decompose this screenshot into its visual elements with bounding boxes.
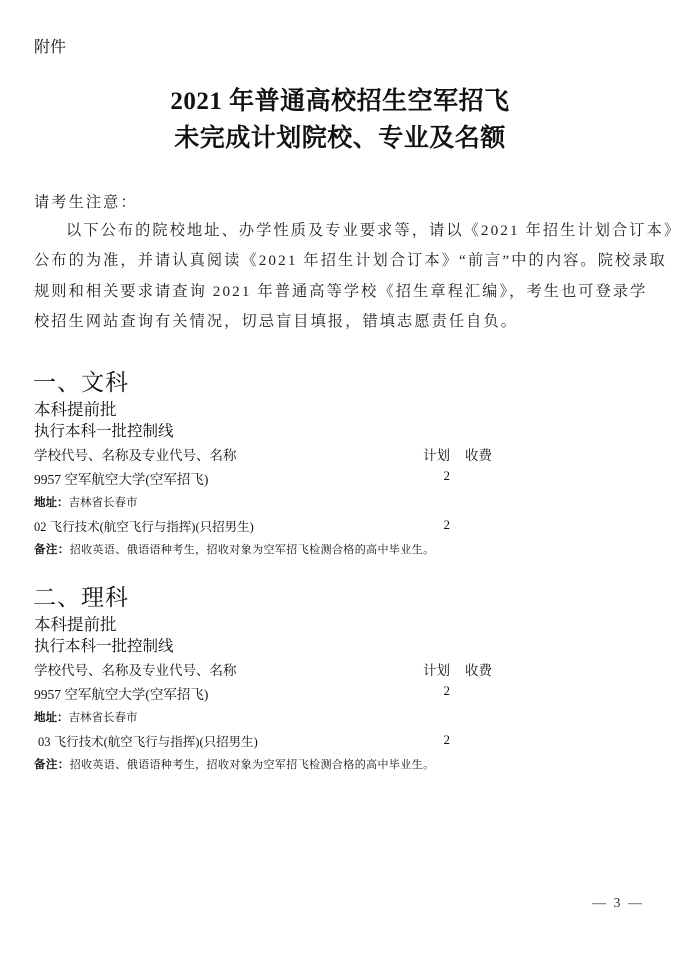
remark: 备注：招收英语、俄语语种考生，招收对象为空军招飞检测合格的高中毕业生。 <box>34 541 435 557</box>
document-title-line-2: 未完成计划院校、专业及名额 <box>0 118 680 154</box>
notice-heading: 请考生注意： <box>34 191 138 212</box>
address-label: 地址： <box>34 495 69 509</box>
column-header-name: 学校代号、名称及专业代号、名称 <box>34 444 237 464</box>
address-label: 地址： <box>34 710 69 724</box>
batch-label: 本科提前批 <box>34 396 117 420</box>
control-line-label: 执行本科一批控制线 <box>34 419 174 441</box>
section-heading: 一、文科 <box>33 364 129 397</box>
remark-label: 备注： <box>34 757 70 771</box>
remark-label: 备注： <box>34 542 70 556</box>
school-code-name: 9957 空军航空大学(空军招飞) <box>34 468 208 488</box>
major-plan-count: 2 <box>430 732 450 748</box>
major-code-name: 02 飞行技术(航空飞行与指挥)(只招男生) <box>34 517 254 535</box>
notice-line: 以下公布的院校地址、办学性质及专业要求等，请以《2021 年招生计划合订本》 <box>66 219 680 240</box>
remark-text: 招收英语、俄语语种考生，招收对象为空军招飞检测合格的高中毕业生。 <box>70 759 435 771</box>
document-title-line-1: 2021 年普通高校招生空军招飞 <box>0 81 680 117</box>
school-address: 地址：吉林省长春市 <box>34 709 138 725</box>
notice-line: 公布的为准，并请认真阅读《2021 年招生计划合订本》“前言”中的内容。院校录取 <box>34 249 667 270</box>
notice-line: 规则和相关要求请查询 2021 年普通高等学校《招生章程汇编》，考生也可登录学 <box>34 280 647 301</box>
section-heading: 二、理科 <box>33 579 129 612</box>
page-number: — 3 — <box>592 896 644 912</box>
remark-text: 招收英语、俄语语种考生，招收对象为空军招飞检测合格的高中毕业生。 <box>70 544 435 556</box>
column-header-fee: 收费 <box>465 444 492 464</box>
remark: 备注：招收英语、俄语语种考生，招收对象为空军招飞检测合格的高中毕业生。 <box>34 756 435 772</box>
school-address: 地址：吉林省长春市 <box>34 494 138 510</box>
attachment-label: 附件 <box>34 34 66 57</box>
notice-line: 校招生网站查询有关情况，切忌盲目填报，错填志愿责任自负。 <box>34 310 518 331</box>
major-code-name: 03 飞行技术(航空飞行与指挥)(只招男生) <box>38 732 258 750</box>
school-plan-count: 2 <box>430 683 450 699</box>
batch-label: 本科提前批 <box>34 611 117 635</box>
major-plan-count: 2 <box>430 517 450 533</box>
address-value: 吉林省长春市 <box>69 497 138 509</box>
column-header-fee: 收费 <box>465 659 492 679</box>
column-header-name: 学校代号、名称及专业代号、名称 <box>34 659 237 679</box>
school-plan-count: 2 <box>430 468 450 484</box>
address-value: 吉林省长春市 <box>69 712 138 724</box>
control-line-label: 执行本科一批控制线 <box>34 634 174 656</box>
school-code-name: 9957 空军航空大学(空军招飞) <box>34 683 208 703</box>
column-header-plan: 计划 <box>423 444 450 464</box>
column-header-plan: 计划 <box>423 659 450 679</box>
